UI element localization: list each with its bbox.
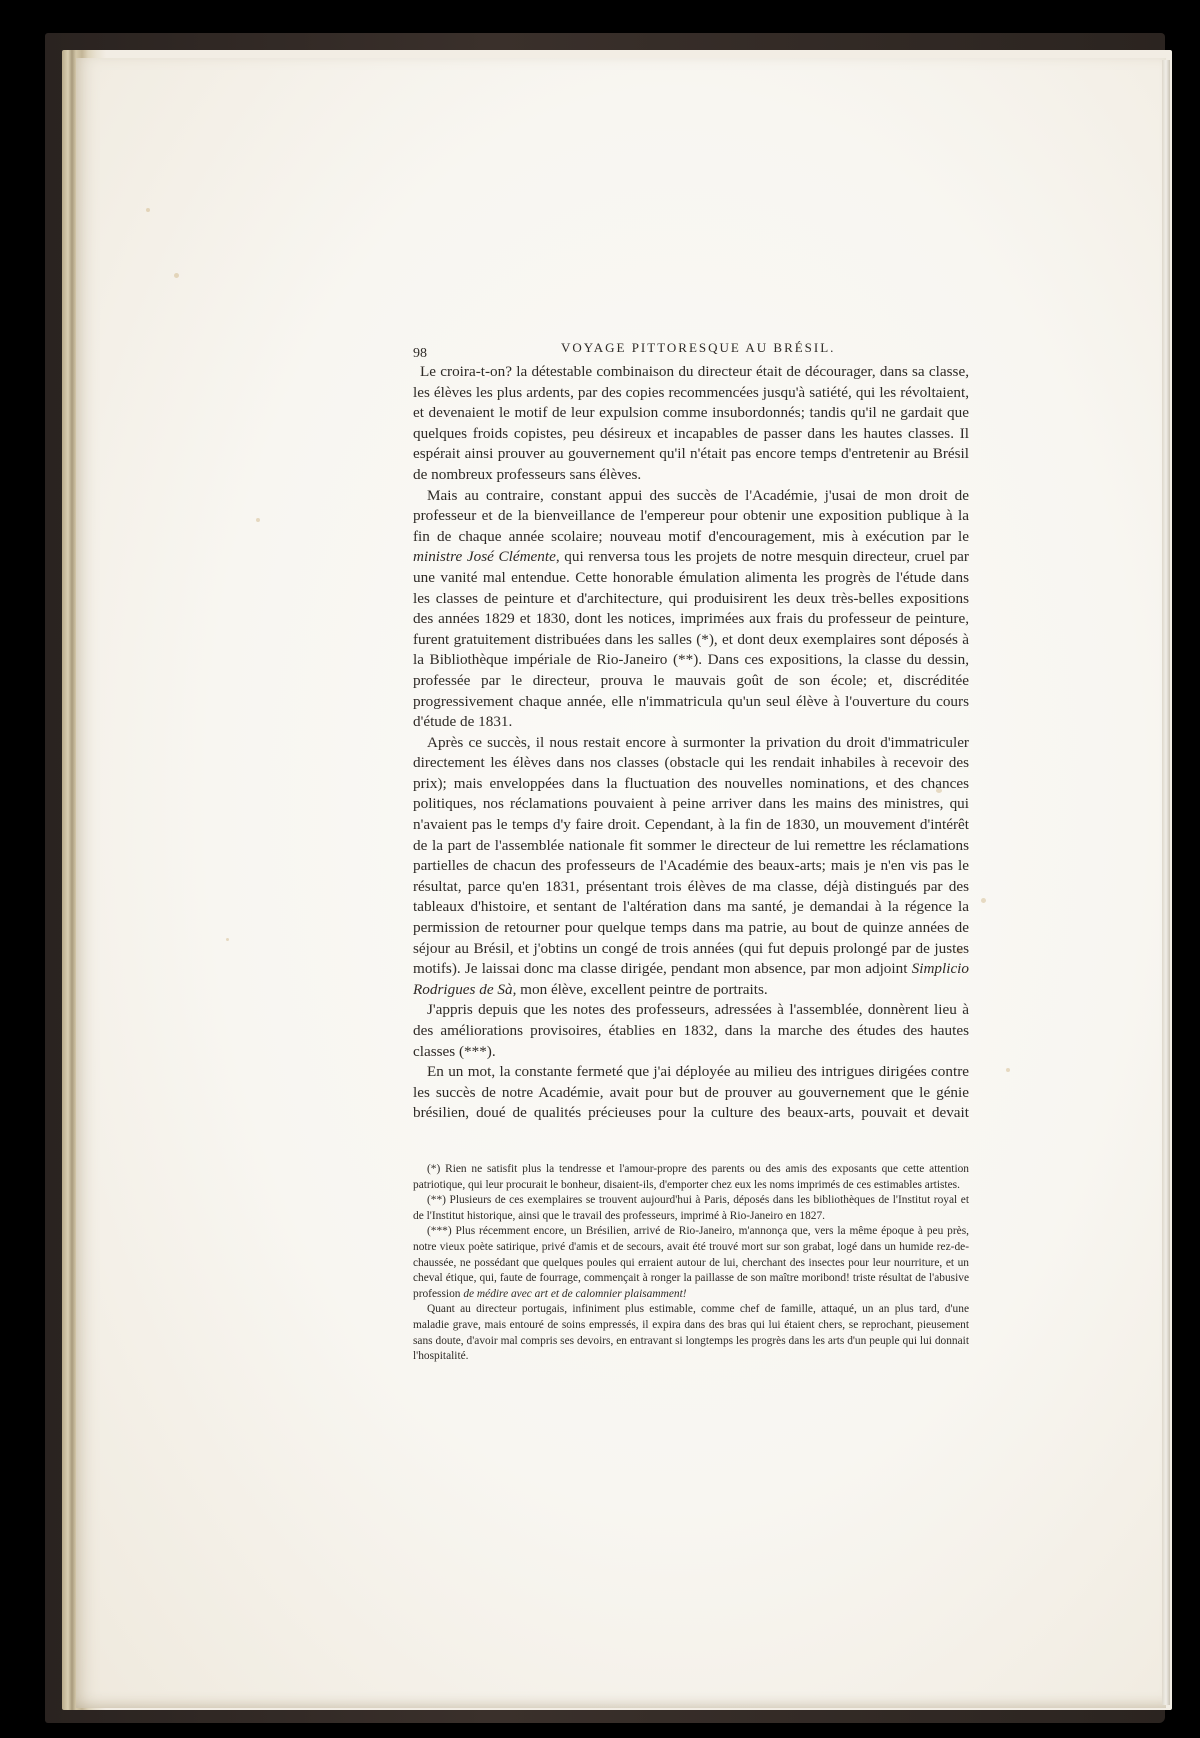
paragraph-text: Après ce succès, il nous restait encore … xyxy=(413,734,969,978)
running-head: 98 VOYAGE PITTORESQUE AU BRÉSIL. xyxy=(413,340,969,362)
footnote-text: (**) Plusieurs de ces exemplaires se tro… xyxy=(413,1194,969,1222)
paragraph: Après ce succès, il nous restait encore … xyxy=(413,733,969,1001)
footnote: (*) Rien ne satisfit plus la tendresse e… xyxy=(413,1162,969,1193)
page-fore-edge xyxy=(1162,60,1170,1705)
paragraph-text: J'appris depuis que les notes des profes… xyxy=(413,1001,969,1059)
paragraph: J'appris depuis que les notes des profes… xyxy=(413,1000,969,1062)
running-head-title: VOYAGE PITTORESQUE AU BRÉSIL. xyxy=(561,340,835,356)
footnote-text: Quant au directeur portugais, infiniment… xyxy=(413,1303,969,1362)
paragraph-text: En un mot, la constante fermeté que j'ai… xyxy=(413,1063,969,1121)
foxing-spot xyxy=(226,938,229,941)
paragraph: Le croira-t-on? la détestable combinaiso… xyxy=(413,362,969,486)
body-text: Le croira-t-on? la détestable combinaiso… xyxy=(413,362,969,1124)
paragraph-text: , mon élève, excellent peintre de portra… xyxy=(513,981,768,998)
text-block: 98 VOYAGE PITTORESQUE AU BRÉSIL. Le croi… xyxy=(413,340,969,1365)
italic-name: ministre José Clémente xyxy=(413,548,556,565)
page-number: 98 xyxy=(413,346,427,362)
paragraph: Mais au contraire, constant appui des su… xyxy=(413,486,969,733)
footnote: Quant au directeur portugais, infiniment… xyxy=(413,1302,969,1364)
footnote-text: (*) Rien ne satisfit plus la tendresse e… xyxy=(413,1163,969,1191)
foxing-spot xyxy=(174,273,179,278)
paragraph-text: , qui renversa tous les projets de notre… xyxy=(413,548,969,730)
foxing-spot xyxy=(146,208,150,212)
paragraph-text: Mais au contraire, constant appui des su… xyxy=(413,487,969,545)
foxing-spot xyxy=(1006,1068,1010,1072)
paragraph-text: Le croira-t-on? la détestable combinaiso… xyxy=(413,363,969,483)
paragraph: En un mot, la constante fermeté que j'ai… xyxy=(413,1062,969,1124)
footnotes: (*) Rien ne satisfit plus la tendresse e… xyxy=(413,1162,969,1365)
footnote: (***) Plus récemment encore, un Brésilie… xyxy=(413,1224,969,1302)
foxing-spot xyxy=(256,518,260,522)
footnote: (**) Plusieurs de ces exemplaires se tro… xyxy=(413,1193,969,1224)
footnote-italic: de médire avec art et de calomnier plais… xyxy=(463,1288,686,1300)
foxing-spot xyxy=(981,898,986,903)
